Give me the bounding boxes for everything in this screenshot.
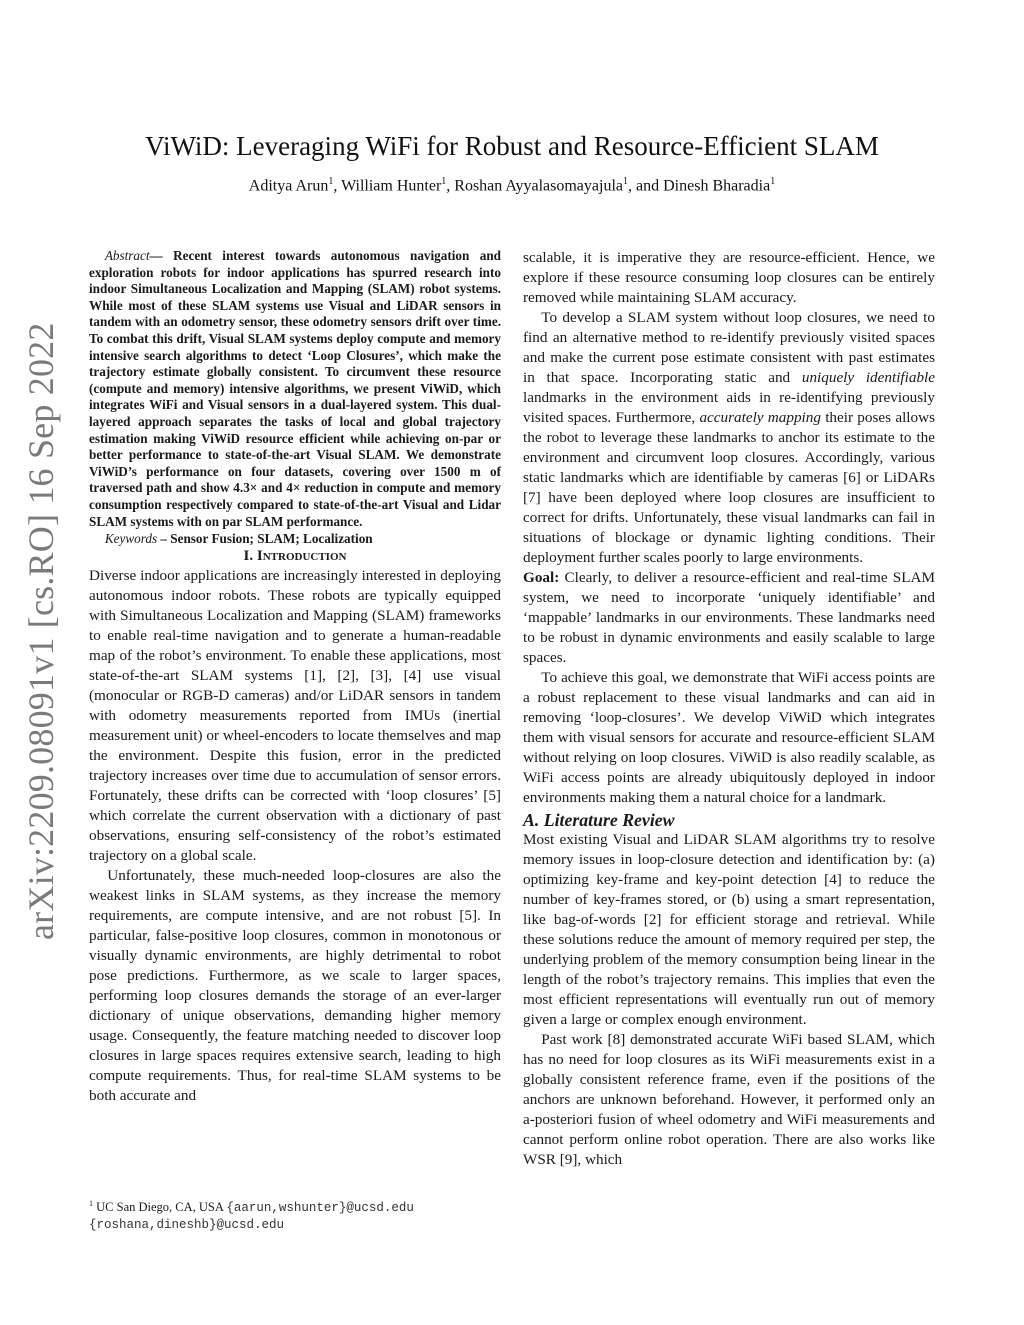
author-list: Aditya Arun1, William Hunter1, Roshan Ay… (0, 176, 1024, 195)
left-column: Abstract— Recent interest towards autono… (89, 248, 501, 1106)
footnote-emails-1[interactable]: {aarun,wshunter}@ucsd.edu (226, 1201, 414, 1215)
intro-paragraph-5: To achieve this goal, we demonstrate tha… (523, 668, 935, 808)
keywords-text: – Sensor Fusion; SLAM; Localization (157, 531, 373, 546)
intro-paragraph-4: To develop a SLAM system without loop cl… (523, 308, 935, 568)
literature-paragraph-1: Most existing Visual and LiDAR SLAM algo… (523, 830, 935, 1030)
affiliation-footnote: 1 UC San Diego, CA, USA {aarun,wshunter}… (89, 1196, 501, 1233)
goal-label: Goal: (523, 569, 559, 586)
goal-text: Clearly, to deliver a resource-efficient… (523, 569, 935, 666)
footnote-affiliation: UC San Diego, CA, USA (93, 1200, 226, 1214)
abstract-text: Recent interest towards autonomous navig… (89, 248, 501, 529)
keywords: Keywords – Sensor Fusion; SLAM; Localiza… (89, 530, 501, 547)
author-name: Roshan Ayyalasomayajula (454, 177, 623, 194)
abstract: Abstract— Recent interest towards autono… (89, 248, 501, 530)
emphasis-text: accurately mapping (699, 409, 821, 426)
right-column: scalable, it is imperative they are reso… (523, 248, 935, 1170)
intro-paragraph-2: Unfortunately, these much-needed loop-cl… (89, 866, 501, 1106)
intro-paragraph-3: scalable, it is imperative they are reso… (523, 248, 935, 308)
subsection-heading-literature-review: A. Literature Review (523, 810, 935, 830)
footnote-emails-2[interactable]: {roshana,dineshb}@ucsd.edu (89, 1218, 284, 1232)
abstract-label: Abstract (105, 248, 150, 263)
intro-paragraph-1: Diverse indoor applications are increasi… (89, 566, 501, 866)
paper-title: ViWiD: Leveraging WiFi for Robust and Re… (0, 131, 1024, 162)
author-separator: , (333, 177, 341, 194)
abstract-dash: — (150, 248, 174, 263)
emphasis-text: uniquely identifiable (802, 369, 935, 386)
section-heading-introduction: I. Introduction (89, 547, 501, 566)
author-separator: , and (628, 177, 663, 194)
author-name: Aditya Arun (249, 177, 329, 194)
author-name: Dinesh Bharadia (663, 177, 770, 194)
literature-paragraph-2: Past work [8] demonstrated accurate WiFi… (523, 1030, 935, 1170)
goal-paragraph: Goal: Clearly, to deliver a resource-eff… (523, 568, 935, 668)
affiliation-mark: 1 (770, 176, 775, 187)
arxiv-identifier-stamp: arXiv:2209.08091v1 [cs.RO] 16 Sep 2022 (20, 230, 62, 940)
author-name: William Hunter (341, 177, 441, 194)
keywords-label: Keywords (105, 531, 157, 546)
text-run: their poses allows the robot to leverage… (523, 409, 935, 566)
